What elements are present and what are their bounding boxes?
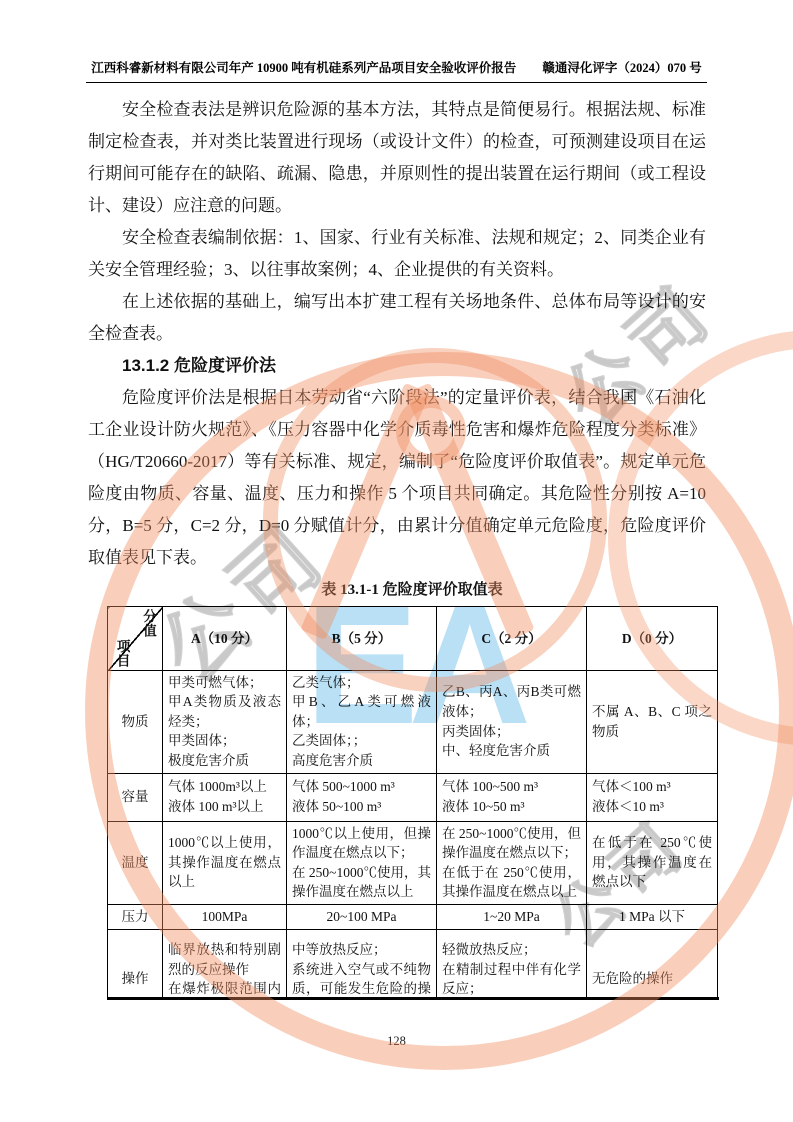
row-header-operation: 操作 <box>108 929 163 1000</box>
table-row: 容量 气体 1000m³以上 液体 100 m³以上 气体 500~1000 m… <box>108 773 718 821</box>
table-cell: 不属 A、B、C 项之物质 <box>587 670 718 773</box>
table-row: 压力 100MPa 20~100 MPa 1~20 MPa 1 MPa 以下 <box>108 904 718 929</box>
table-row: 物质 甲类可燃气体； 甲A类物质及液态烃类； 甲类固体； 极度危害介质 乙类气体… <box>108 670 718 773</box>
table-cell: 1 MPa 以下 <box>587 904 718 929</box>
row-header-capacity: 容量 <box>108 773 163 821</box>
content-layer: 江西科睿新材料有限公司年产 10900 吨有机硅系列产品项目安全验收评价报告 赣… <box>0 0 793 1122</box>
table-cell: 1000℃以上使用，但操作温度在燃点以下； 在 250~1000℃使用，其操作温… <box>287 821 437 904</box>
section-heading: 13.1.2 危险度评价法 <box>88 350 706 382</box>
table-cell: 轻微放热反应； 在精制过程中伴有化学反应； 单批式操作，但开始使 <box>437 929 587 1000</box>
table-cell: 乙B、丙A、丙B类可燃液体； 丙类固体； 中、轻度危害介质 <box>437 670 587 773</box>
corner-score-label: 分值 <box>138 609 158 638</box>
header-report-title: 江西科睿新材料有限公司年产 10900 吨有机硅系列产品项目安全验收评价报告 <box>91 58 516 76</box>
table-cell: 1~20 MPa <box>437 904 587 929</box>
running-header: 江西科睿新材料有限公司年产 10900 吨有机硅系列产品项目安全验收评价报告 赣… <box>86 58 707 83</box>
corner-header-cell: 分值 项目 <box>108 607 163 671</box>
table-cell: 乙类气体； 甲B、乙A类可燃液体； 乙类固体；； 高度危害介质 <box>287 670 437 773</box>
paragraph: 安全检查表编制依据：1、国家、行业有关标准、法规和规定；2、同类企业有关安全管理… <box>88 222 706 286</box>
table-cell: 20~100 MPa <box>287 904 437 929</box>
table-cell: 临界放热和特别剧烈的反应操作 在爆炸极限范围内或其附近操作 <box>163 929 287 1000</box>
table-cell: 中等放热反应； 系统进入空气或不纯物质，可能发生危险的操作； <box>287 929 437 1000</box>
value-table-container: 分值 项目 A（10 分） B（5 分） C（2 分） D（0 分） 物质 甲类… <box>107 606 719 1000</box>
paragraph: 在上述依据的基础上，编写出本扩建工程有关场地条件、总体布局等设计的安全检查表。 <box>88 286 706 350</box>
table-cell: 气体＜100 m³ 液体＜10 m³ <box>587 773 718 821</box>
column-header-d: D（0 分） <box>587 607 718 671</box>
table-cell: 在 250~1000℃使用，但操作温度在燃点以下； 在低于在 250℃使用，其操… <box>437 821 587 904</box>
document-body: 安全检查表法是辨识危险源的基本方法，其特点是简便易行。根据法规、标准制定检查表，… <box>88 94 706 1000</box>
table-cell: 100MPa <box>163 904 287 929</box>
row-header-pressure: 压力 <box>108 904 163 929</box>
corner-item-label: 项目 <box>112 639 132 668</box>
page-number: 128 <box>0 1034 793 1049</box>
document-page: EA 公司 公司 公司 江西科睿新材料有限公司年产 10900 吨有机硅系列产品… <box>0 0 793 1122</box>
paragraph: 安全检查表法是辨识危险源的基本方法，其特点是简便易行。根据法规、标准制定检查表，… <box>88 94 706 222</box>
table-title: 表 13.1-1 危险度评价取值表 <box>88 574 706 606</box>
row-header-substance: 物质 <box>108 670 163 773</box>
table-row: 操作 临界放热和特别剧烈的反应操作 在爆炸极限范围内或其附近操作 中等放热反应；… <box>108 929 718 1000</box>
row-header-temperature: 温度 <box>108 821 163 904</box>
table-cell: 气体 100~500 m³ 液体 10~50 m³ <box>437 773 587 821</box>
column-header-a: A（10 分） <box>163 607 287 671</box>
table-cell: 气体 500~1000 m³ 液体 50~100 m³ <box>287 773 437 821</box>
paragraph: 危险度评价法是根据日本劳动省“六阶段法”的定量评价表，结合我国《石油化工企业设计… <box>88 382 706 574</box>
table-cell: 气体 1000m³以上 液体 100 m³以上 <box>163 773 287 821</box>
table-cell: 1000℃以上使用，其操作温度在燃点以上 <box>163 821 287 904</box>
table-row: 温度 1000℃以上使用，其操作温度在燃点以上 1000℃以上使用，但操作温度在… <box>108 821 718 904</box>
header-document-number: 赣通浔化评字（2024）070 号 <box>542 58 701 76</box>
risk-value-table: 分值 项目 A（10 分） B（5 分） C（2 分） D（0 分） 物质 甲类… <box>107 606 718 1000</box>
table-cell: 在低于在 250℃使用，其操作温度在燃点以下 <box>587 821 718 904</box>
column-header-c: C（2 分） <box>437 607 587 671</box>
table-cell: 甲类可燃气体； 甲A类物质及液态烃类； 甲类固体； 极度危害介质 <box>163 670 287 773</box>
column-header-b: B（5 分） <box>287 607 437 671</box>
table-cell: 无危险的操作 <box>587 929 718 1000</box>
